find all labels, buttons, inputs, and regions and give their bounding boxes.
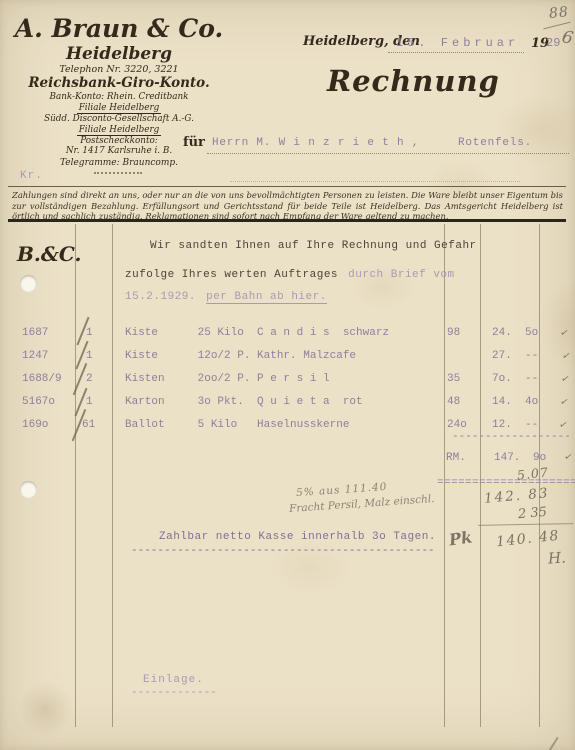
final-total-pencil: 140. 48	[495, 528, 560, 551]
bank-line: Telegramme: Brauncomp.	[12, 158, 226, 168]
dateline-typed-date: 15. Februar	[396, 36, 519, 50]
corner-page-number: 88	[548, 4, 569, 22]
punch-hole	[20, 481, 37, 498]
address-leader	[230, 180, 520, 182]
double-dash-rule: ====================	[437, 477, 575, 489]
paper-stain	[495, 95, 575, 165]
dateline-flourish: 6	[560, 27, 575, 49]
bank-line: Filiale Heidelberg	[77, 125, 161, 136]
enclosure-dash-rule: -------------	[131, 687, 217, 699]
payment-dash-rule: ----------------------------------------…	[131, 545, 435, 557]
total-checkmark: ✓	[563, 451, 573, 464]
total-pfennig: 9o	[533, 452, 546, 464]
terms-top-rule	[8, 186, 566, 187]
item-description: Kiste 25 Kilo C a n d i s schwarz	[125, 327, 389, 339]
total-marks: 147.	[494, 452, 520, 464]
item-row: 1688/9 2 Kisten 2oo/2 P. P e r s i l 35 …	[0, 373, 575, 389]
payment-terms: Zahlbar netto Kasse innerhalb 3o Tagen.	[159, 531, 436, 543]
item-number: 169o	[22, 419, 48, 431]
deduction-pencil: 2 35	[517, 505, 547, 522]
dateline-year-typed: 29	[546, 36, 560, 50]
document-title: Rechnung	[327, 64, 500, 98]
item-quantity: 2	[86, 373, 93, 385]
item-description: Karton 3o Pkt. Q u i e t a rot	[125, 396, 363, 408]
pencil-sum-line	[478, 523, 573, 526]
intro-line-2-black: zufolge Ihres werten Auftrages	[125, 269, 338, 281]
column-rule	[112, 224, 113, 727]
item-price: 35	[447, 373, 460, 385]
item-price: 48	[447, 396, 460, 408]
company-city: Heidelberg	[12, 44, 226, 64]
intro-ship-method: per Bahn ab hier.	[206, 291, 327, 304]
item-amount: 14. 4o	[492, 396, 538, 408]
invoice-page: 88 A. Braun & Co. Heidelberg Telephon Nr…	[0, 0, 575, 750]
item-amount: 12. --	[492, 419, 538, 431]
amount-dash-rule: ------------------	[452, 431, 571, 443]
total-currency: RM.	[446, 452, 466, 464]
pencil-flourish	[547, 737, 558, 750]
item-number: 1688/9	[22, 373, 62, 385]
recipient-place: Rotenfels.	[458, 137, 532, 149]
recipient-name: Herrn M. W i n z r i e t h ,	[212, 137, 419, 149]
recipient-leader	[207, 152, 569, 154]
item-description: Kisten 2oo/2 P. P e r s i l	[125, 373, 330, 385]
terms-text: Zahlungen sind direkt an uns, oder nur a…	[12, 190, 563, 222]
item-price: 24o	[447, 419, 467, 431]
recipient-label: für	[183, 135, 205, 150]
item-number: 1687	[22, 327, 48, 339]
intro-line-2-typed-purple: durch Brief vom	[348, 269, 455, 281]
item-quantity: 61	[82, 419, 95, 431]
company-name: A. Braun & Co.	[12, 14, 226, 43]
terms-bottom-rule	[8, 219, 566, 222]
item-row: 5167o 1 Karton 3o Pkt. Q u i e t a rot 4…	[0, 396, 575, 412]
item-number: 5167o	[22, 396, 55, 408]
giro-account-line: Reichsbank-Giro-Konto.	[12, 75, 226, 91]
item-quantity: 1	[86, 350, 93, 362]
brand-mark: B.&C.	[17, 242, 81, 266]
clerk-initial: H.	[547, 548, 566, 567]
item-number: 1247	[22, 350, 48, 362]
enclosure-note: Einlage.	[143, 674, 204, 686]
intro-line-1: Wir sandten Ihnen auf Ihre Rechnung und …	[150, 240, 477, 252]
column-rule	[480, 224, 481, 727]
dateline-leader	[388, 51, 524, 53]
item-amount: 7o. --	[492, 373, 538, 385]
item-quantity: 1	[86, 396, 93, 408]
item-price: 98	[447, 327, 460, 339]
punch-hole	[20, 275, 37, 292]
letterhead-divider	[94, 172, 142, 174]
column-rule	[444, 224, 445, 727]
kr-note: Kr.	[20, 170, 43, 182]
paper-stain	[18, 682, 73, 737]
column-rule	[75, 224, 76, 727]
item-description: Kiste 12o/2 P. Kathr. Malzcafe	[125, 350, 356, 362]
item-amount: 27. --	[492, 350, 538, 362]
item-description: Ballot 5 Kilo Haselnusskerne	[125, 419, 349, 431]
intro-ship-date: 15.2.1929.	[125, 291, 196, 303]
final-prefix-pencil: Pk	[448, 527, 474, 549]
item-amount: 24. 5o	[492, 327, 538, 339]
item-quantity: 1	[86, 327, 93, 339]
company-telephone: Telephon Nr. 3220, 3221	[12, 64, 226, 75]
bank-line: Südd. Disconto-Gesellschaft A.-G.	[12, 114, 226, 124]
bank-line: Filiale Heidelberg	[77, 103, 161, 114]
bank-line: Bank-Konto: Rhein. Creditbank	[12, 92, 226, 102]
